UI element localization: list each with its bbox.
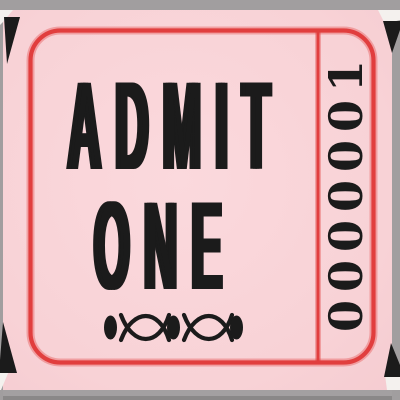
ticket-product-photo: ADMIT ADMIT ADMIT ONE ONE ONE 0000001 [0, 0, 400, 400]
serial-number: 0000001 [319, 52, 373, 332]
ornament-dot [104, 316, 117, 340]
photo-edge-bottom-shadow [0, 396, 400, 400]
photo-edge-top [0, 0, 400, 10]
one-text: ONE [96, 176, 238, 315]
ornament-dot [230, 316, 243, 340]
admit-text: ADMIT [70, 56, 287, 195]
ornament-dot [167, 316, 180, 340]
photo-edge-right [392, 0, 400, 400]
